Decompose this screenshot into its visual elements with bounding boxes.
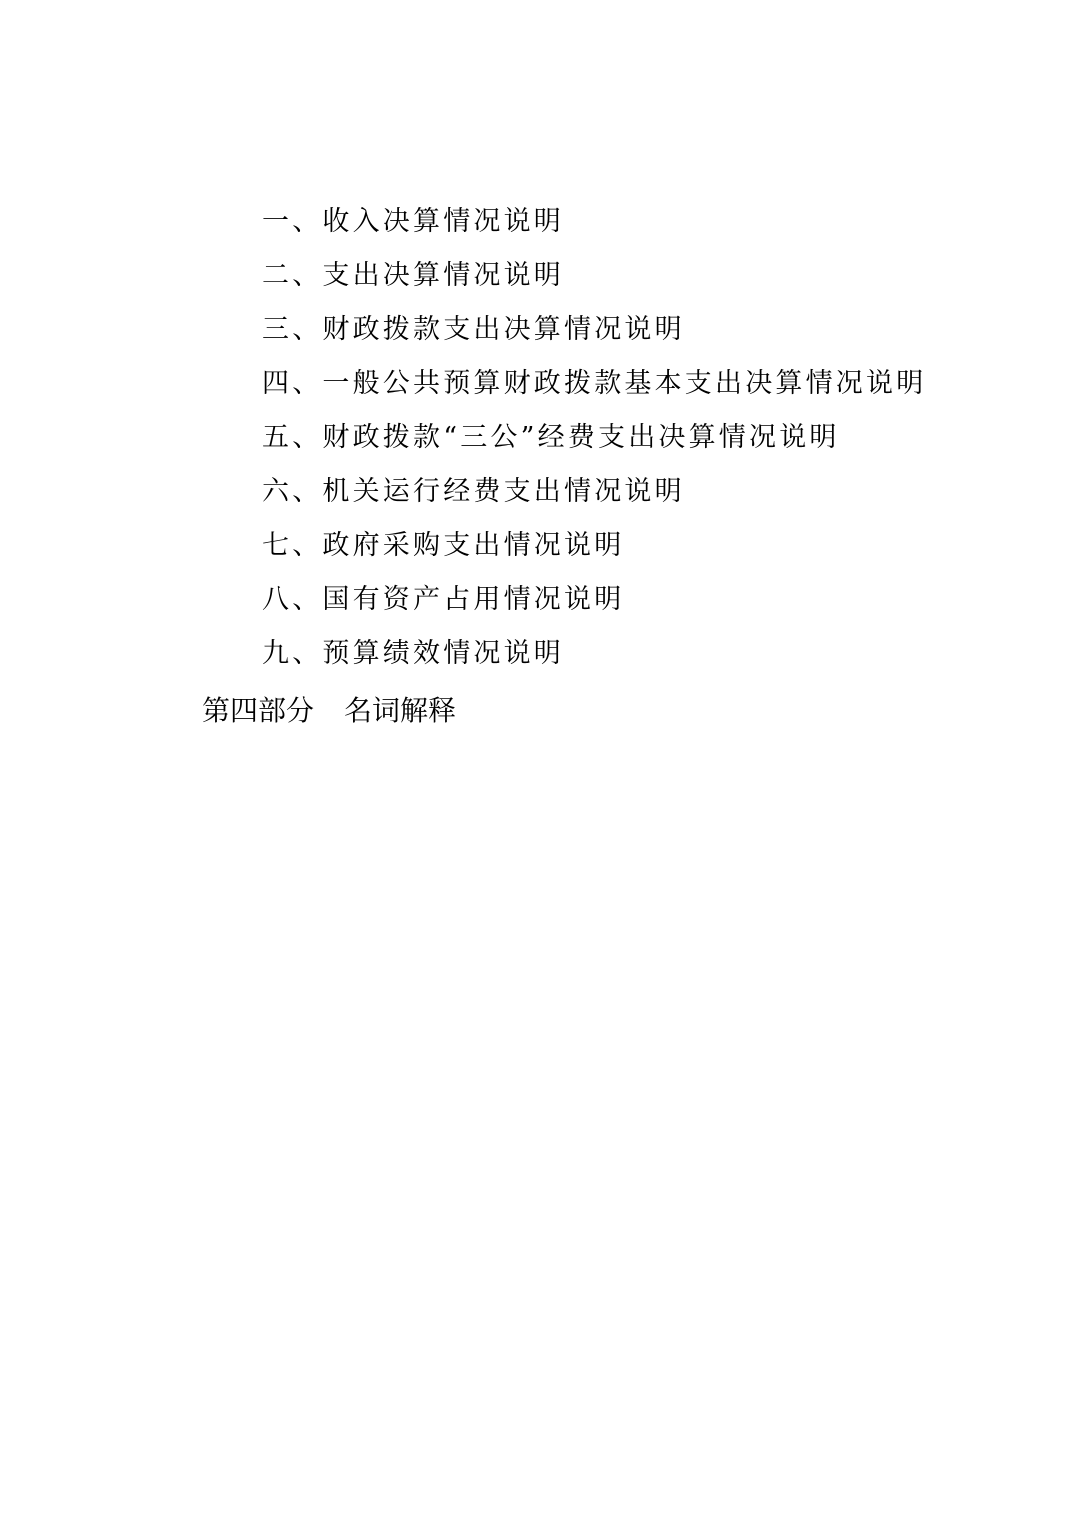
- toc-item-general-public-budget: 四、一般公共预算财政拨款基本支出决算情况说明: [262, 367, 926, 401]
- toc-item-title: 财政拨款“三公”经费支出决算情况说明: [322, 422, 839, 453]
- toc-item-title: 预算绩效情况说明: [322, 638, 564, 669]
- toc-item-title: 国有资产占用情况说明: [322, 584, 624, 615]
- toc-item-number: 八、: [262, 584, 322, 615]
- toc-item-agency-operating-expenses: 六、机关运行经费支出情况说明: [262, 475, 685, 509]
- toc-item-title: 政府采购支出情况说明: [322, 530, 624, 561]
- document-page: 一、收入决算情况说明 二、支出决算情况说明 三、财政拨款支出决算情况说明 四、一…: [0, 0, 1074, 1520]
- section-heading-part-four: 第四部分名词解释: [202, 693, 456, 729]
- toc-item-title: 收入决算情况说明: [322, 206, 564, 237]
- toc-item-number: 二、: [262, 260, 322, 291]
- toc-item-title: 支出决算情况说明: [322, 260, 564, 291]
- toc-item-number: 六、: [262, 476, 322, 507]
- toc-item-title: 机关运行经费支出情况说明: [322, 476, 684, 507]
- toc-item-number: 四、: [262, 368, 322, 399]
- toc-item-number: 五、: [262, 422, 322, 453]
- toc-item-number: 九、: [262, 638, 322, 669]
- toc-item-income: 一、收入决算情况说明: [262, 205, 564, 239]
- toc-item-state-assets: 八、国有资产占用情况说明: [262, 583, 624, 617]
- toc-item-three-public-expenses: 五、财政拨款“三公”经费支出决算情况说明: [262, 421, 840, 455]
- toc-item-number: 一、: [262, 206, 322, 237]
- section-part-label: 第四部分: [202, 694, 314, 727]
- section-title: 名词解释: [344, 694, 456, 727]
- toc-item-number: 七、: [262, 530, 322, 561]
- toc-item-expenditure: 二、支出决算情况说明: [262, 259, 564, 293]
- toc-item-title: 财政拨款支出决算情况说明: [322, 314, 684, 345]
- toc-item-number: 三、: [262, 314, 322, 345]
- toc-item-budget-performance: 九、预算绩效情况说明: [262, 637, 564, 671]
- toc-item-fiscal-appropriation: 三、财政拨款支出决算情况说明: [262, 313, 685, 347]
- toc-item-title: 一般公共预算财政拨款基本支出决算情况说明: [322, 368, 926, 399]
- toc-item-government-procurement: 七、政府采购支出情况说明: [262, 529, 624, 563]
